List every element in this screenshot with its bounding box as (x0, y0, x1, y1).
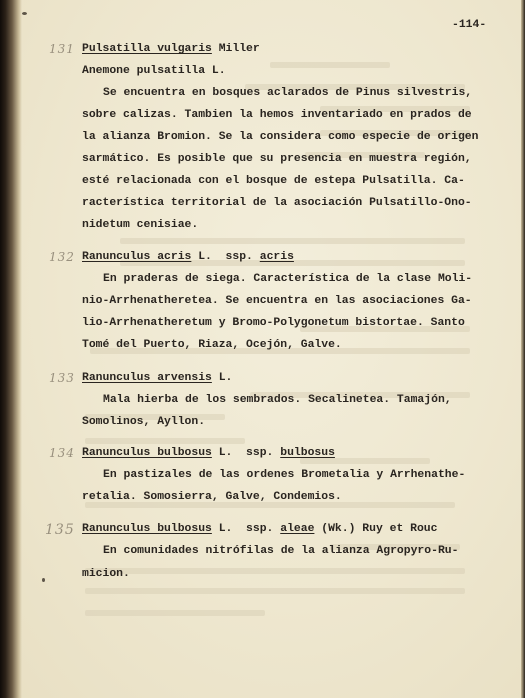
taxon-name: Ranunculus bulbosus (82, 447, 212, 459)
entry-heading: Ranunculus acris L. ssp. acris (82, 250, 294, 264)
body-line: lio-Arrhenatheretum y Bromo-Polygonetum … (82, 316, 465, 330)
body-line: nidetum cenisiae. (82, 218, 198, 232)
taxon-name: Pulsatilla vulgaris (82, 43, 212, 55)
taxon-name: Ranunculus arvensis (82, 372, 212, 384)
taxon-author: L. ssp. (191, 251, 259, 263)
entry-number-handwritten: 135 (45, 522, 75, 538)
body-line: micion. (82, 567, 130, 581)
ink-speck (42, 578, 45, 582)
body-line: racterística territorial de la asociació… (82, 196, 472, 210)
entry-number-handwritten: 131 (49, 42, 75, 56)
subspecies-name: aleae (280, 523, 314, 535)
entry-heading: Ranunculus arvensis L. (82, 371, 232, 385)
ink-speck (22, 12, 27, 15)
body-line: sarmático. Es posible que su presencia e… (82, 152, 472, 166)
subspecies-name: acris (260, 251, 294, 263)
entry-number-handwritten: 134 (49, 446, 75, 460)
body-line: nio-Arrhenatheretea. Se encuentra en las… (82, 294, 472, 308)
taxon-name: Ranunculus bulbosus (82, 523, 212, 535)
taxon-author: L. (212, 372, 233, 384)
body-line: la alianza Bromion. Se la considera como… (82, 130, 478, 144)
taxon-author: L. ssp. (212, 523, 280, 535)
body-line: En pastizales de las ordenes Brometalia … (103, 468, 465, 482)
taxon-name: Ranunculus acris (82, 251, 191, 263)
document-page: -114- 131 Pulsatilla vulgaris Miller Ane… (0, 0, 525, 698)
taxon-author: Miller (212, 43, 260, 55)
subspecies-author: (Wk.) Ruy et Rouc (314, 523, 437, 535)
entry-heading: Ranunculus bulbosus L. ssp. aleae (Wk.) … (82, 522, 437, 536)
body-line: En praderas de siega. Característica de … (103, 272, 472, 286)
synonym: Anemone pulsatilla L. (82, 64, 226, 78)
entry-number-handwritten: 132 (49, 250, 75, 264)
entry-heading: Pulsatilla vulgaris Miller (82, 42, 260, 56)
body-line: esté relacionada con el bosque de estepa… (82, 174, 465, 188)
entry-number-handwritten: 133 (49, 371, 75, 385)
body-line: retalia. Somosierra, Galve, Condemios. (82, 490, 342, 504)
body-line: En comunidades nitrófilas de la alianza … (103, 544, 458, 558)
binding-shadow (0, 0, 22, 698)
body-line: Se encuentra en bosques aclarados de Pin… (103, 86, 472, 100)
body-line: Somolinos, Ayllon. (82, 415, 205, 429)
subspecies-name: bulbosus (280, 447, 335, 459)
page-number: -114- (452, 18, 486, 32)
body-line: Mala hierba de los sembrados. Secalinete… (103, 393, 452, 407)
body-line: sobre calizas. Tambien la hemos inventar… (82, 108, 472, 122)
page-edge (521, 0, 525, 698)
entry-heading: Ranunculus bulbosus L. ssp. bulbosus (82, 446, 335, 460)
body-line: Tomé del Puerto, Riaza, Ocejón, Galve. (82, 338, 342, 352)
taxon-author: L. ssp. (212, 447, 280, 459)
